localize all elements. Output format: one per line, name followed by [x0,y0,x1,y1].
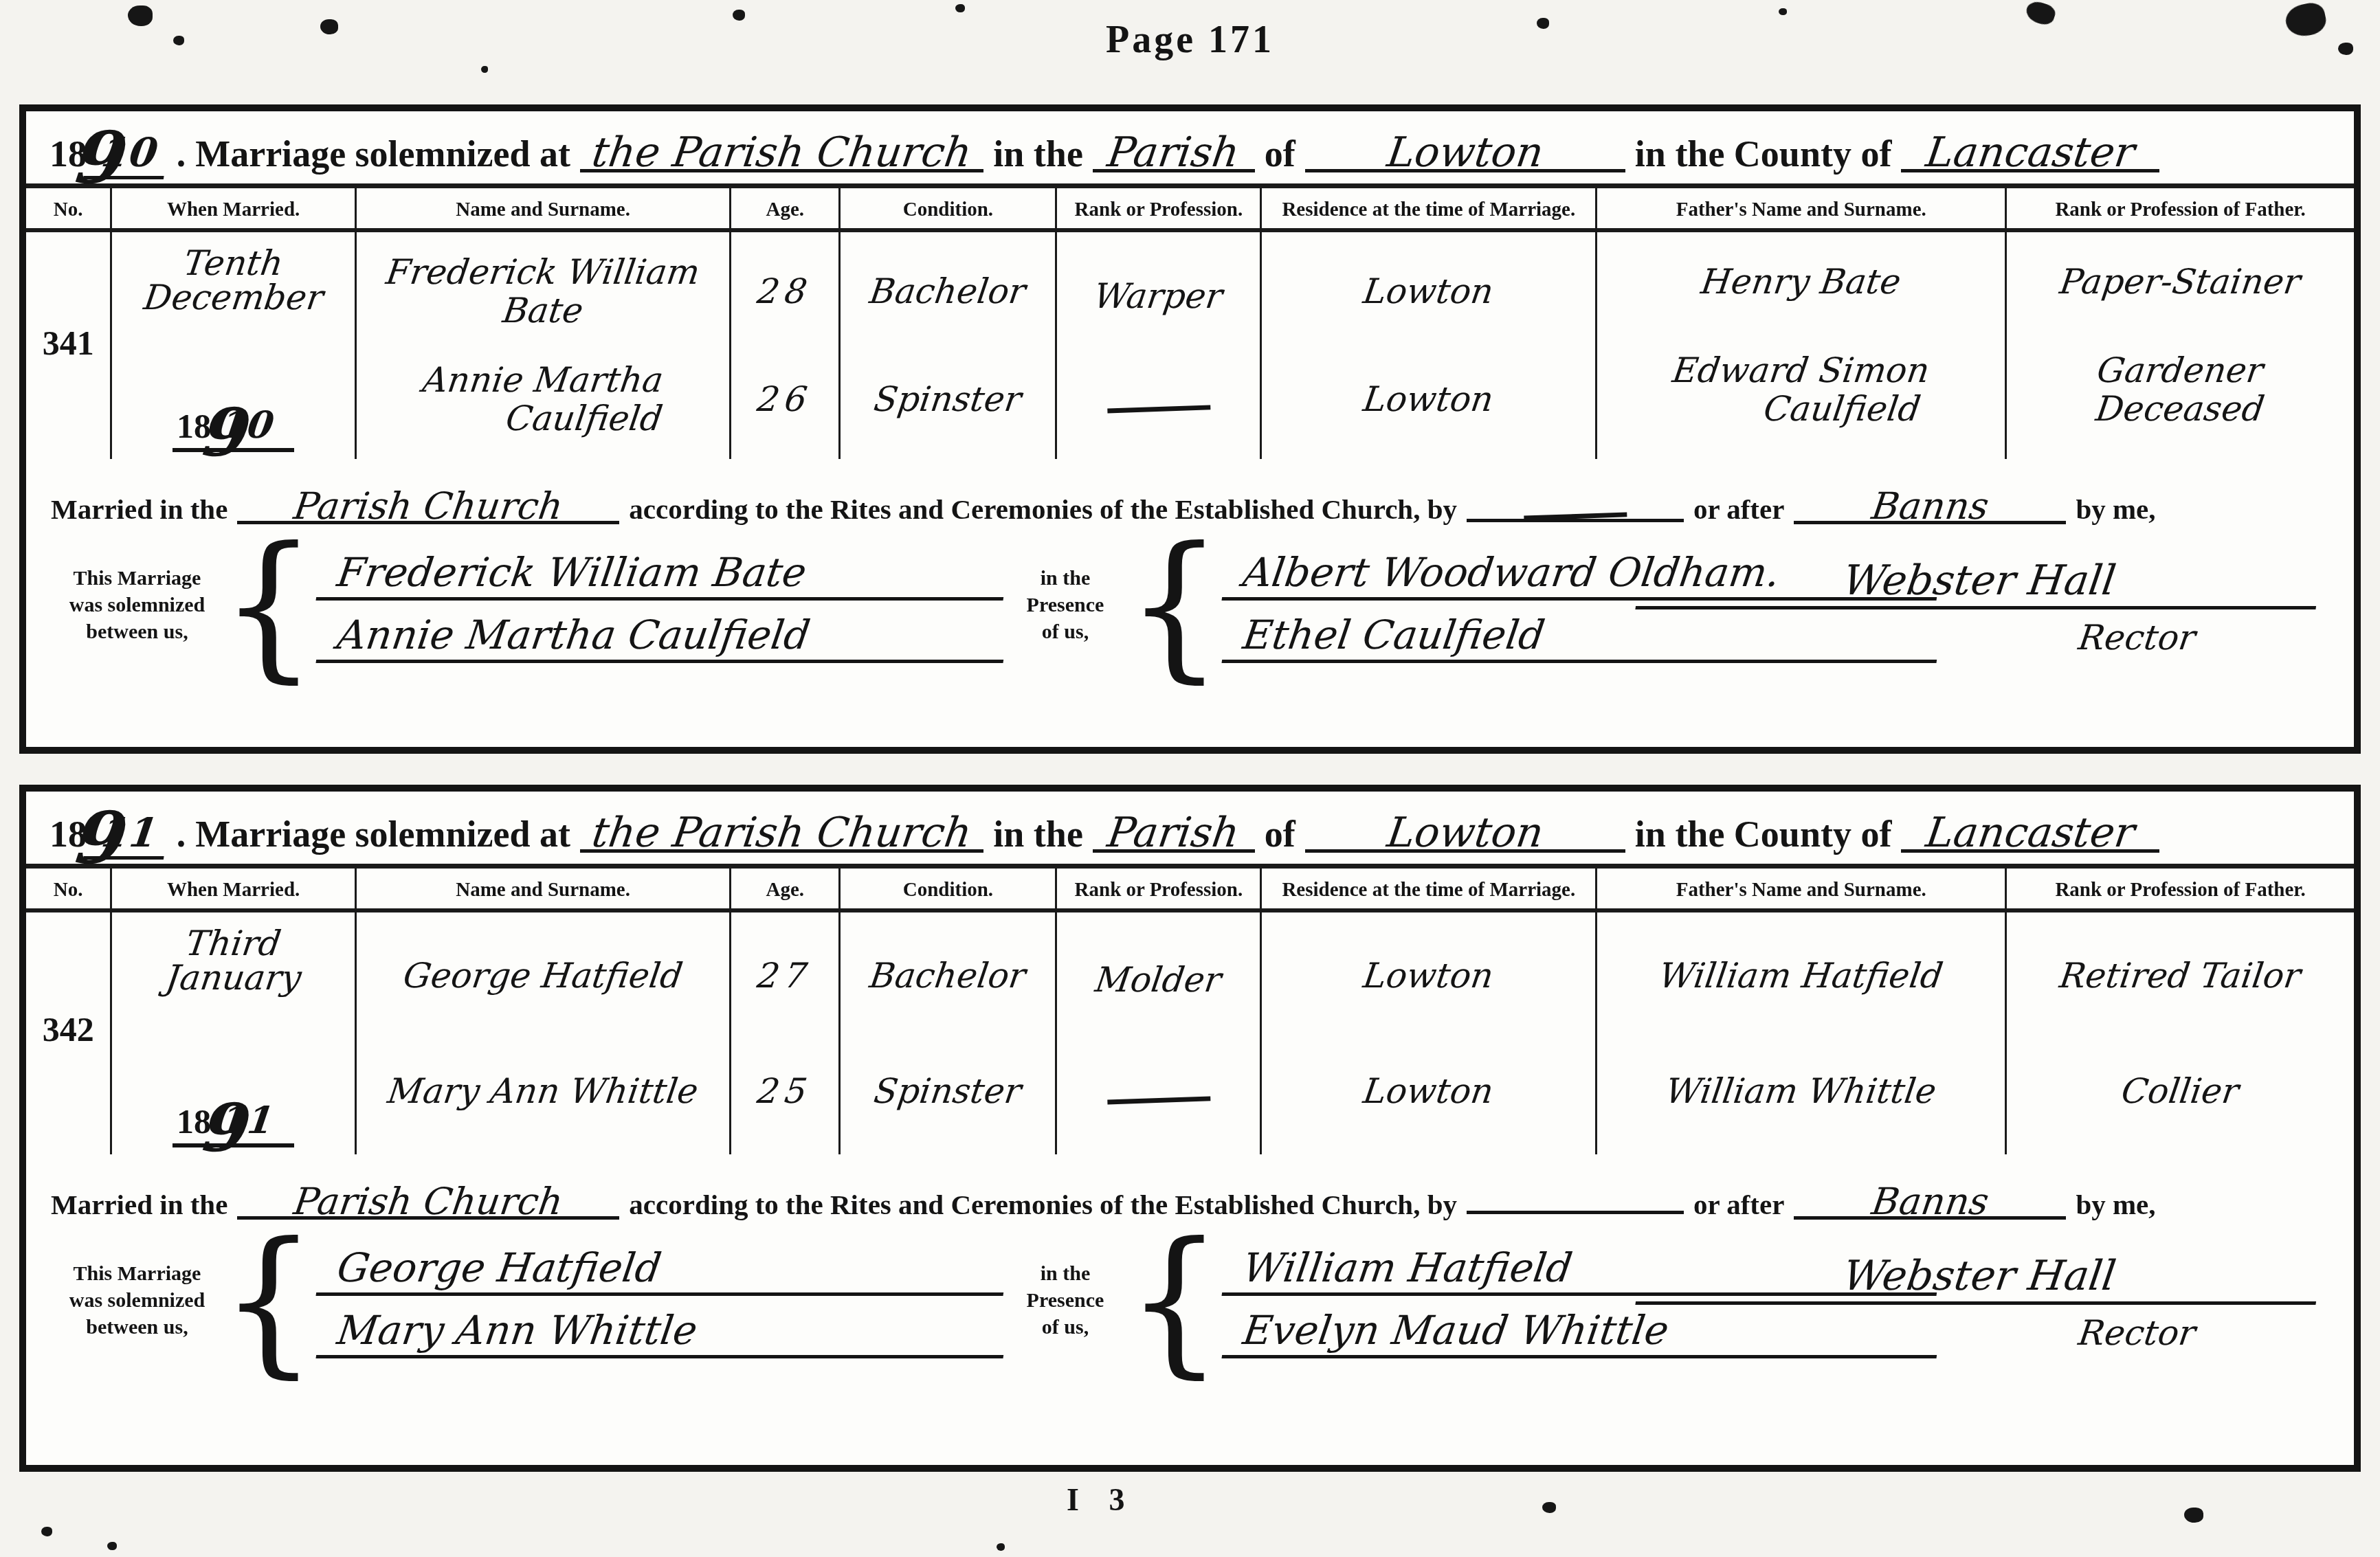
groom-father-line1: William Hatfield [1597,956,2005,995]
this-marriage-line1: This Marriage [56,565,218,592]
presence-line1: in the [1007,565,1124,592]
groom-condition: Bachelor [841,271,1055,311]
ink-speck [2184,1508,2203,1523]
col-header-residence: Residence at the time of Marriage. [1262,188,1597,232]
bride-residence: Lowton [1262,379,1595,419]
col-header-when-married: When Married. [112,869,357,912]
page-number: Page 171 [0,18,2380,62]
residence-entries: Lowton Lowton [1262,912,1595,1154]
ink-speck [320,19,338,34]
this-marriage-line3: between us, [56,618,218,645]
wedding-year: 18910 [173,403,294,452]
parish-name-fill: Lowton [1305,132,1625,172]
record-number: 342 [26,1009,110,1049]
presence-line3: of us, [1007,618,1124,645]
witness-2-signature: Evelyn Maud Whittle [1222,1305,1944,1358]
dash-mark [1106,391,1210,413]
col-header-father-name: Father's Name and Surname. [1597,188,2007,232]
couple-brace: { [221,1233,317,1367]
this-marriage-label: This Marriage was solemnized between us, [56,1260,218,1341]
groom-profession: Molder [1057,960,1260,1000]
this-marriage-line2: was solemnized [56,1287,218,1314]
bride-name: Annie Martha Caulfield [359,361,726,438]
witness-2-signature: Ethel Caulfield [1222,609,1944,663]
groom-father-name: Henry Bate [1600,262,2002,301]
register-table: No. When Married. Name and Surname. Age.… [26,869,2354,1154]
bride-signature: Annie Martha Caulfield [316,609,1011,663]
bride-residence: Lowton [1262,1071,1595,1111]
banns-handwritten: Banns [1869,1183,1991,1220]
church-fill: the Parish Church [580,132,983,172]
age-cell: 27 25 [731,912,841,1154]
groom-surname: Bate [357,291,729,330]
col-header-condition: Condition. [841,869,1057,912]
couple-signatures: George Hatfield Mary Ann Whittle [320,1242,1007,1358]
church-handwritten: the Parish Church [590,132,975,173]
this-marriage-label: This Marriage was solemnized between us, [56,565,218,645]
father-profession-entries: Paper-Stainer Gardener Deceased [2007,232,2354,459]
bride-father-prof-line1: Gardener [2007,351,2354,390]
witness-brace: { [1126,537,1223,672]
groom-condition: Bachelor [841,956,1055,996]
period-mark: . [177,813,186,855]
groom-profession: Warper [1057,276,1260,316]
groom-residence: Lowton [1262,956,1595,996]
col-header-rank-profession: Rank or Profession. [1057,188,1262,232]
record-header-1911: 18911 . Marriage solemnized at the Paris… [26,792,2354,869]
of-label: of [1265,813,1295,855]
bride-father-profession: Collier [2010,1072,2351,1110]
county-handwritten: Lancaster [1924,132,2137,173]
presence-label: in the Presence of us, [1007,565,1124,645]
bride-forenames: Annie Martha [357,361,729,399]
names-entries: George Hatfield Mary Ann Whittle [357,912,729,1154]
married-in-label: Married in the [51,1188,227,1221]
col-header-name-surname: Name and Surname. [357,869,731,912]
bride-father-profession: Gardener Deceased [2010,351,2351,428]
witness-brace: { [1126,1233,1223,1367]
by-me-label: by me, [2076,493,2155,526]
bride-name: Mary Ann Whittle [359,1072,726,1110]
presence-line1: in the [1007,1260,1124,1287]
bride-profession-dash [1060,1084,1257,1106]
when-married-entry: Third January 18911 [112,912,355,1154]
bride-father-prof-line1: Collier [2007,1072,2354,1110]
ink-speck [955,4,965,12]
ink-speck [107,1542,117,1550]
county-label: in the County of [1635,813,1892,855]
bride-father-name: William Whittle [1600,1072,2002,1110]
marriage-record-block-1911: 18911 . Marriage solemnized at the Paris… [19,785,2361,1472]
record-header-1910: 18910 . Marriage solemnized at the Paris… [26,111,2354,188]
officiant-title: Rector [2076,618,2198,658]
ink-speck [1537,18,1549,29]
col-header-father-name: Father's Name and Surname. [1597,869,2007,912]
profession-entries: Molder [1057,912,1260,1154]
church-fill: the Parish Church [580,812,983,853]
when-married-entry: Tenth December 18910 [112,232,355,459]
presence-line2: Presence [1007,592,1124,618]
presence-line2: Presence [1007,1287,1124,1314]
witness-1-signature: William Hatfield [1222,1242,1944,1296]
officiant-blank [1467,500,1684,522]
condition-entries: Bachelor Spinster [841,912,1055,1154]
when-married-cell: Third January 18911 [112,912,357,1154]
col-header-name-surname: Name and Surname. [357,188,731,232]
parish-name-handwritten: Lowton [1385,812,1546,853]
parish-fill: Parish [1093,812,1255,853]
bride-age: 26 [731,379,838,419]
parish-fill: Parish [1093,132,1255,172]
col-header-father-profession: Rank or Profession of Father. [2007,188,2354,232]
bride-age: 25 [731,1071,838,1111]
county-label: in the County of [1635,133,1892,175]
groom-father-prof-line1: Paper-Stainer [2007,262,2354,301]
names-cell: Frederick William Bate Annie Martha Caul… [357,232,731,459]
or-after-label: or after [1693,493,1784,526]
solemnized-at-label: Marriage solemnized at [195,813,570,855]
rites-label: according to the Rites and Ceremonies of… [629,1188,1457,1221]
ink-speck [2338,43,2353,55]
witness-signatures: Albert Woodward Oldham. Ethel Caulfield [1225,547,1940,663]
father-name-cell: William Hatfield William Whittle [1597,912,2007,1154]
wedding-year: 18911 [173,1098,294,1147]
by-me-label: by me, [2076,1188,2155,1221]
in-the-label: in the [993,133,1083,175]
year-overwrite-digit: 9 [72,803,132,874]
bride-father-line1: Edward Simon [1597,351,2005,390]
when-married-cell: Tenth December 18910 [112,232,357,459]
groom-father-profession: Retired Tailor [2010,956,2351,995]
age-entries: 27 25 [731,912,838,1154]
groom-forenames: Frederick William [357,253,729,291]
or-after-label: or after [1693,1188,1784,1221]
presence-line3: of us, [1007,1314,1124,1341]
banns-fill: Banns [1794,488,2066,524]
record-number: 341 [26,323,110,363]
couple-signatures: Frederick William Bate Annie Martha Caul… [320,547,1007,663]
ink-speck [1779,8,1787,15]
witness-1-signature: Albert Woodward Oldham. [1222,547,1944,601]
ink-speck [481,66,488,73]
no-cell: 341 [26,232,112,459]
bride-father-line1: William Whittle [1597,1072,2005,1110]
married-in-church: Parish Church [291,1183,565,1220]
married-in-label: Married in the [51,493,227,526]
year-overwrite-digit: 9 [199,1095,254,1161]
ink-speck [173,36,184,45]
dash-mark [1524,498,1627,520]
in-the-label: in the [993,813,1083,855]
bride-father-prof-line2: Deceased [2007,390,2354,428]
groom-forenames: George Hatfield [357,956,729,995]
this-marriage-line1: This Marriage [56,1260,218,1287]
names-cell: George Hatfield Mary Ann Whittle [357,912,731,1154]
officiant-blank [1467,1211,1684,1214]
profession-entries: Warper [1057,232,1260,459]
register-table: No. When Married. Name and Surname. Age.… [26,188,2354,459]
col-header-age: Age. [731,869,841,912]
this-marriage-line2: was solemnized [56,592,218,618]
father-name-cell: Henry Bate Edward Simon Caulfield [1597,232,2007,459]
profession-cell: Warper [1057,232,1262,459]
condition-entries: Bachelor Spinster [841,232,1055,459]
bride-condition: Spinster [841,1071,1055,1111]
church-handwritten: the Parish Church [590,812,975,853]
banns-fill: Banns [1794,1183,2066,1220]
bride-forenames: Mary Ann Whittle [357,1072,729,1110]
residence-cell: Lowton Lowton [1262,912,1597,1154]
bride-surname: Caulfield [439,399,729,438]
residence-cell: Lowton Lowton [1262,232,1597,459]
col-header-condition: Condition. [841,188,1057,232]
rites-label: according to the Rites and Ceremonies of… [629,493,1457,526]
parish-handwritten: Parish [1105,812,1242,853]
footer-mark: I 3 [1067,1481,1135,1518]
father-name-entries: William Hatfield William Whittle [1597,912,2005,1154]
solemnized-at-label: Marriage solemnized at [195,133,570,175]
bride-condition: Spinster [841,379,1055,419]
names-entries: Frederick William Bate Annie Martha Caul… [357,232,729,459]
year-overwrite-digit: 9 [199,400,254,466]
father-name-entries: Henry Bate Edward Simon Caulfield [1597,232,2005,459]
year-group: 18911 [49,809,167,860]
presence-label: in the Presence of us, [1007,1260,1124,1341]
age-entries: 28 26 [731,232,838,459]
parish-name-handwritten: Lowton [1385,132,1546,173]
this-marriage-line3: between us, [56,1314,218,1341]
father-profession-cell: Paper-Stainer Gardener Deceased [2007,232,2354,459]
condition-cell: Bachelor Spinster [841,232,1057,459]
dash-mark [1106,1083,1210,1105]
ink-speck [733,10,745,21]
county-handwritten: Lancaster [1924,812,2137,853]
scanned-marriage-register-page: { "page": { "title": "Page 171", "footer… [0,0,2380,1557]
age-cell: 28 26 [731,232,841,459]
wedding-month: January [163,958,303,998]
groom-age: 27 [731,956,838,996]
of-label: of [1265,133,1295,175]
bride-profession-dash [1060,393,1257,415]
col-header-father-profession: Rank or Profession of Father. [2007,869,2354,912]
groom-name: Frederick William Bate [359,253,726,330]
father-profession-cell: Retired Tailor Collier [2007,912,2354,1154]
parish-handwritten: Parish [1105,132,1242,173]
col-header-age: Age. [731,188,841,232]
father-profession-entries: Retired Tailor Collier [2007,912,2354,1154]
period-mark: . [177,133,186,175]
groom-residence: Lowton [1262,271,1595,311]
couple-brace: { [221,537,317,672]
county-fill: Lancaster [1901,812,2159,853]
groom-father-profession: Paper-Stainer [2010,262,2351,301]
banns-handwritten: Banns [1869,488,1991,525]
no-cell: 342 [26,912,112,1154]
county-fill: Lancaster [1901,132,2159,172]
year-group: 18910 [49,129,167,179]
groom-father-line1: Henry Bate [1597,262,2005,301]
groom-signature: George Hatfield [316,1242,1011,1296]
wedding-month: December [141,278,325,317]
groom-signature: Frederick William Bate [316,547,1011,601]
residence-entries: Lowton Lowton [1262,232,1595,459]
ink-speck [128,5,153,26]
ink-speck [1542,1502,1556,1513]
signatures-section: This Marriage was solemnized between us,… [26,531,2354,683]
col-header-when-married: When Married. [112,188,357,232]
signatures-section: This Marriage was solemnized between us,… [26,1226,2354,1378]
married-in-church: Parish Church [291,488,565,525]
witness-signatures: William Hatfield Evelyn Maud Whittle [1225,1242,1940,1358]
groom-father-prof-line1: Retired Tailor [2007,956,2354,995]
groom-father-name: William Hatfield [1600,956,2002,995]
groom-name: George Hatfield [359,956,726,995]
col-header-rank-profession: Rank or Profession. [1057,869,1262,912]
year-overwrite-digit: 9 [72,122,132,194]
ink-speck [997,1543,1005,1551]
parish-name-fill: Lowton [1305,812,1625,853]
condition-cell: Bachelor Spinster [841,912,1057,1154]
ink-speck [41,1527,52,1536]
bride-signature: Mary Ann Whittle [316,1305,1011,1358]
col-header-residence: Residence at the time of Marriage. [1262,869,1597,912]
groom-age: 28 [731,271,838,311]
marriage-record-block-1910: 18910 . Marriage solemnized at the Paris… [19,104,2361,754]
bride-father-line2: Caulfield [1680,390,2005,428]
bride-father-name: Edward Simon Caulfield [1600,351,2002,428]
officiant-title: Rector [2076,1313,2198,1353]
profession-cell: Molder [1057,912,1262,1154]
